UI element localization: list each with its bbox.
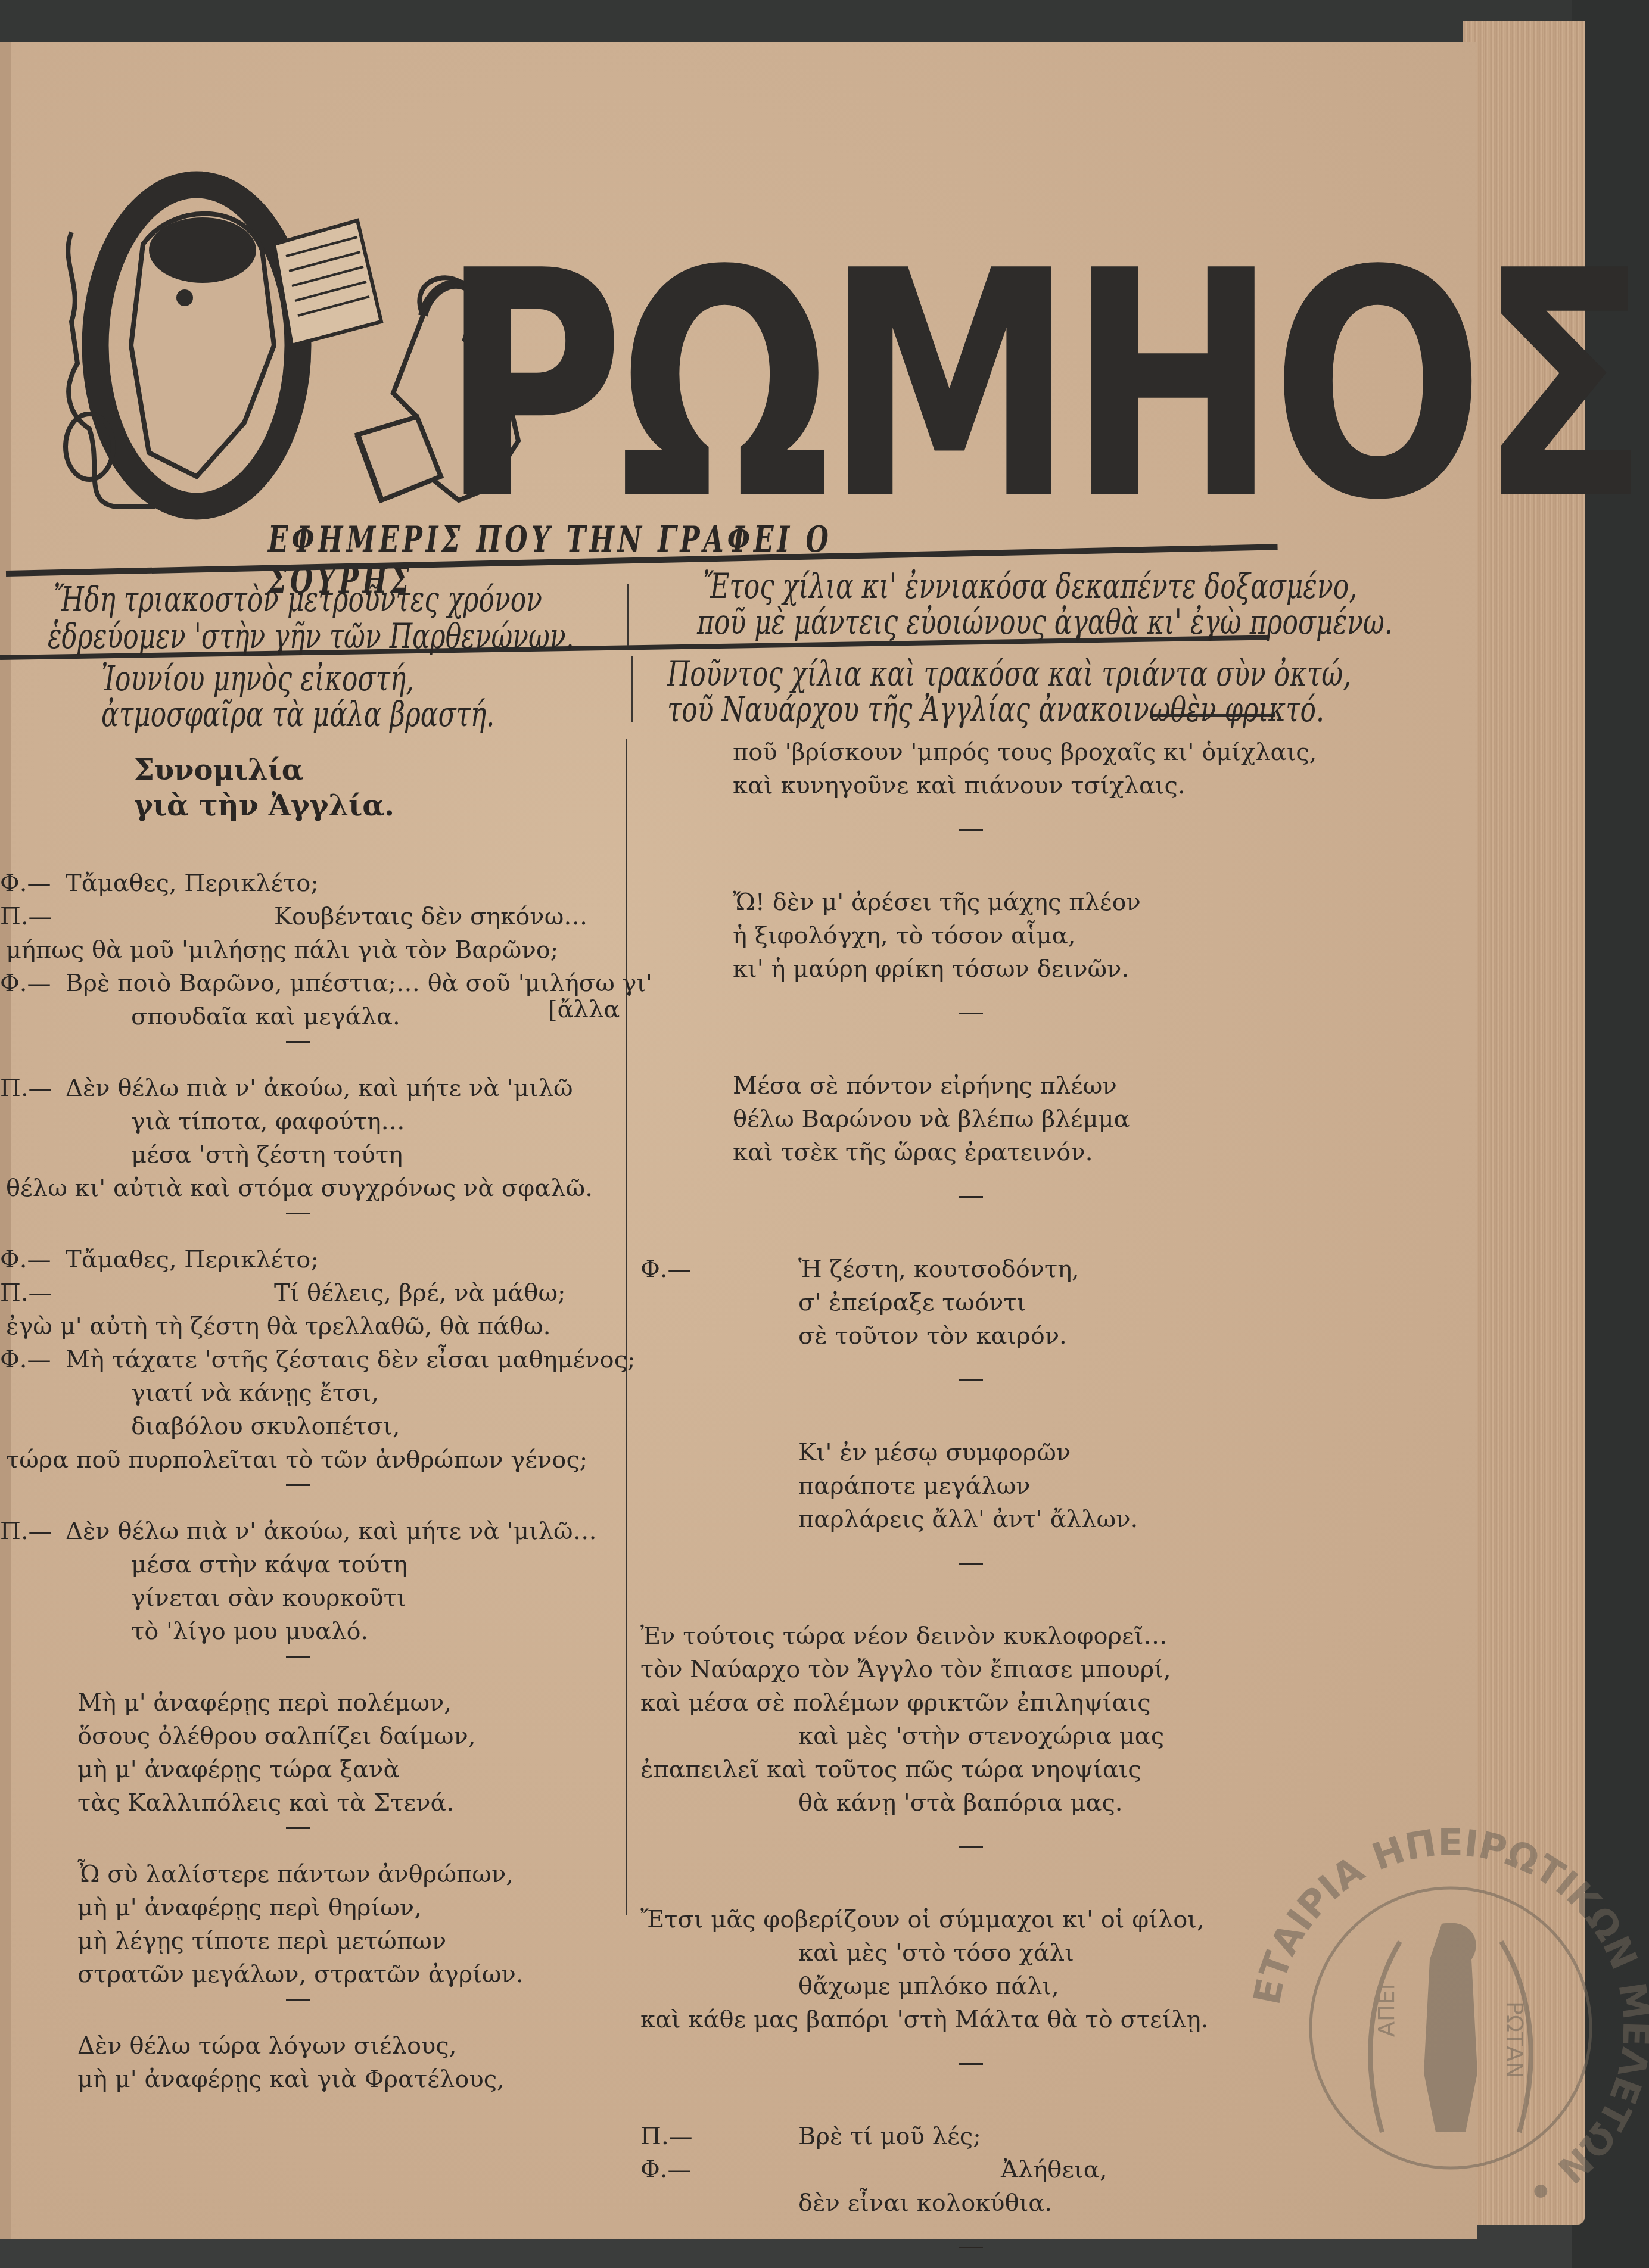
epigraph-divider-bottom — [631, 656, 633, 722]
verse-line: θέλω κι' αὐτιὰ καὶ στόμα συγχρόνως νὰ σφ… — [6, 1174, 593, 1202]
verse-line: δὲν εἶναι κολοκύθια. — [798, 2189, 1052, 2217]
svg-text:ΡΩΤΑΝ: ΡΩΤΑΝ — [1502, 2001, 1528, 2079]
verse-line: στρατῶν μεγάλων, στρατῶν ἀγρίων. — [77, 1961, 524, 1988]
section-separator — [959, 829, 983, 831]
verse-line: Τἄμαθες, Περικλέτο; — [66, 870, 319, 897]
verse-line: μὴ μ' ἀναφέρῃς καὶ γιὰ Φρατέλους, — [77, 2065, 505, 2093]
verse-line: μὴ μ' ἀναφέρῃς περὶ θηρίων, — [77, 1894, 422, 1921]
epigraph-top-left-2: ἑδρεύομεν 'στὴν γῆν τῶν Παρθενώνων. — [48, 615, 574, 659]
verse-line: θἄχωμε μπλόκο πάλι, — [798, 1973, 1059, 2000]
masthead: ΡΩΜΗΟΣ — [24, 149, 1275, 530]
verse-line: καὶ μέσα σὲ πολέμων φρικτῶν ἐπιληψίαις — [640, 1689, 1151, 1716]
verse-line: σ' ἐπείραξε τωόντι — [798, 1289, 1026, 1316]
verse-line: θέλω Βαρώνου νὰ βλέπω βλέμμα — [733, 1105, 1130, 1133]
verse-line: Δὲν θέλω πιὰ ν' ἀκούω, καὶ μήτε νὰ 'μιλῶ… — [66, 1518, 597, 1545]
verse-line: καὶ κάθε μας βαπόρι 'στὴ Μάλτα θὰ τὸ στε… — [640, 2006, 1208, 2033]
section-separator — [959, 1012, 983, 1014]
verse-line: τὸν Ναύαρχο τὸν Ἄγγλο τὸν ἔπιασε μπουρί, — [640, 1656, 1171, 1683]
verse-line: Ἔτσι μᾶς φοβερίζουν οἱ σύμμαχοι κι' οἱ φ… — [640, 1906, 1205, 1933]
speaker-label: Φ.— — [640, 1255, 692, 1283]
verse-line: κι' ἡ μαύρη φρίκη τόσων δεινῶν. — [733, 955, 1129, 983]
section-separator — [959, 2247, 983, 2248]
section-separator — [286, 1213, 310, 1214]
verse-line: τὰς Καλλιπόλεις καὶ τὰ Στενά. — [77, 1789, 454, 1817]
verse-line: σὲ τοῦτον τὸν καιρόν. — [798, 1322, 1067, 1350]
verse-line: καὶ τσὲκ τῆς ὥρας ἐρατεινόν. — [733, 1139, 1093, 1166]
section-separator — [959, 2063, 983, 2065]
speaker-label: Π.— — [640, 2123, 693, 2150]
speaker-label: Π.— — [0, 1074, 52, 1102]
article-title-line2: γιὰ τὴν Ἀγγλία. — [134, 789, 394, 823]
speaker-label: Π.— — [0, 1279, 52, 1307]
verse-line: μέσα 'στὴ ζέστη τούτη — [131, 1141, 403, 1169]
verse-line: ἡ ξιφολόγχη, τὸ τόσον αἷμα, — [733, 922, 1075, 949]
verse-line: Βρὲ ποιὸ Βαρῶνο, μπέστια;… θὰ σοῦ 'μιλήσ… — [66, 970, 652, 997]
svg-text:ΑΠΕΙ: ΑΠΕΙ — [1373, 1983, 1399, 2037]
verse-line: τώρα ποῦ πυρπολεῖται τὸ τῶν ἀνθρώπων γέν… — [6, 1446, 587, 1473]
article-title-line1: Συνομιλία — [134, 753, 304, 787]
section-separator — [959, 1563, 983, 1565]
page-gutter — [0, 42, 11, 2239]
verse-line: Ἀλήθεια, — [1001, 2156, 1107, 2183]
verse-line: Μὴ τάχατε 'στῆς ζέσταις δὲν εἶσαι μαθημέ… — [66, 1346, 636, 1373]
verse-line: Μὴ μ' ἀναφέρῃς περὶ πολέμων, — [77, 1689, 452, 1716]
verse-line: γιὰ τίποτα, φαφούτη… — [131, 1108, 405, 1135]
verse-line: Ὦ σὺ λαλίστερε πάντων ἀνθρώπων, — [77, 1861, 514, 1888]
verse-line: διαβόλου σκυλοπέτσι, — [131, 1413, 400, 1440]
verse-line: γιατί νὰ κάνῃς ἔτσι, — [131, 1379, 379, 1407]
verse-line: μὴ μ' ἀναφέρῃς τώρα ξανὰ — [77, 1756, 399, 1783]
speaker-label: Φ.— — [0, 970, 51, 997]
verse-line: ὅσους ὀλέθρου σαλπίζει δαίμων, — [77, 1722, 476, 1750]
section-separator — [286, 1041, 310, 1043]
section-separator — [286, 1999, 310, 2001]
speaker-label: Φ.— — [0, 1346, 51, 1373]
speaker-label: Π.— — [0, 903, 52, 930]
section-separator — [286, 1827, 310, 1829]
epigraph-bottom-right-2: τοῦ Ναυάρχου τῆς Ἀγγλίας ἀνακοινωθὲν φρι… — [667, 688, 1324, 733]
verse-line: παρλάρεις ἄλλ' ἀντ' ἄλλων. — [798, 1506, 1138, 1533]
verse-line: Ἐν τούτοις τώρα νέον δεινὸν κυκλοφορεῖ… — [640, 1622, 1168, 1650]
section-separator — [959, 1379, 983, 1381]
section-separator — [959, 1846, 983, 1848]
verse-line: παράποτε μεγάλων — [798, 1472, 1031, 1500]
verse-line: μήπως θὰ μοῦ 'μιλήσῃς πάλι γιὰ τὸν Βαρῶν… — [6, 936, 558, 964]
verse-line: Βρὲ τί μοῦ λές; — [798, 2123, 981, 2150]
speaker-label: Φ.— — [0, 1246, 51, 1273]
verse-line: Κουβένταις δὲν σηκόνω… — [274, 903, 587, 930]
section-separator — [286, 1484, 310, 1486]
verse-line: ἐγὼ μ' αὐτὴ τὴ ζέστη θὰ τρελλαθῶ, θὰ πάθ… — [6, 1313, 550, 1340]
verse-line: καὶ μὲς 'στὴν στενοχώρια μας — [798, 1722, 1164, 1750]
verse-line: τὸ 'λίγο μου μυαλό. — [131, 1618, 368, 1645]
verse-line: θὰ κάνῃ 'στὰ βαπόρια μας. — [798, 1789, 1123, 1817]
verse-line: γίνεται σὰν κουρκοῦτι — [131, 1584, 406, 1612]
verse-line-tail: [ἄλλα — [548, 996, 620, 1023]
verse-line: Τί θέλεις, βρέ, νὰ μάθω; — [274, 1279, 566, 1307]
verse-line: καὶ μὲς 'στὸ τόσο χάλι — [798, 1939, 1074, 1967]
verse-line: σπουδαῖα καὶ μεγάλα. — [131, 1003, 400, 1030]
verse-line: μέσα στὴν κάψα τούτη — [131, 1551, 407, 1578]
column-divider — [626, 739, 627, 1915]
epigraph-top-right-2: ποῦ μὲ μάντεις εὐοιώνους ἀγαθὰ κι' ἐγὼ π… — [697, 600, 1393, 645]
verse-line: καὶ κυνηγοῦνε καὶ πιάνουν τσίχλαις. — [733, 772, 1186, 799]
verse-line: ἐπαπειλεῖ καὶ τοῦτος πῶς τώρα νηοψίαις — [640, 1756, 1141, 1783]
section-separator — [959, 1196, 983, 1198]
verse-line: Δὲν θέλω πιὰ ν' ἀκούω, καὶ μήτε νὰ 'μιλῶ — [66, 1074, 573, 1102]
verse-line: Κι' ἐν μέσῳ συμφορῶν — [798, 1439, 1071, 1466]
verse-line: Ὤ! δὲν μ' ἀρέσει τῆς μάχης πλέον — [733, 889, 1141, 916]
verse-line: Ἡ ζέστη, κουτσοδόντη, — [798, 1255, 1079, 1283]
speaker-label: Π.— — [0, 1518, 52, 1545]
verse-line: Δὲν θέλω τώρα λόγων σιέλους, — [77, 2032, 456, 2060]
library-stamp-icon: ΕΤΑΙΡΙΑ ΗΠΕΙΡΩΤΙΚΩΝ ΜΕΛΕΤΩΝ • ΑΠΕΙ ΡΩΤΑΝ — [1245, 1822, 1649, 2233]
verse-line: ποῦ 'βρίσκουν 'μπρός τους βροχαῖς κι' ὁμ… — [733, 739, 1317, 766]
verse-line: Τἄμαθες, Περικλέτο; — [66, 1246, 319, 1273]
epigraph-divider-top — [627, 584, 629, 646]
speaker-label: Φ.— — [640, 2156, 692, 2183]
speaker-label: Φ.— — [0, 870, 51, 897]
epigraph-bottom-left-2: ἀτμοσφαῖρα τὰ μάλα βραστή. — [101, 693, 494, 737]
verse-line: μὴ λέγῃς τίποτε περὶ μετώπων — [77, 1927, 446, 1955]
verse-line: Μέσα σὲ πόντον εἰρήνης πλέων — [733, 1072, 1117, 1099]
section-separator — [286, 1656, 310, 1658]
